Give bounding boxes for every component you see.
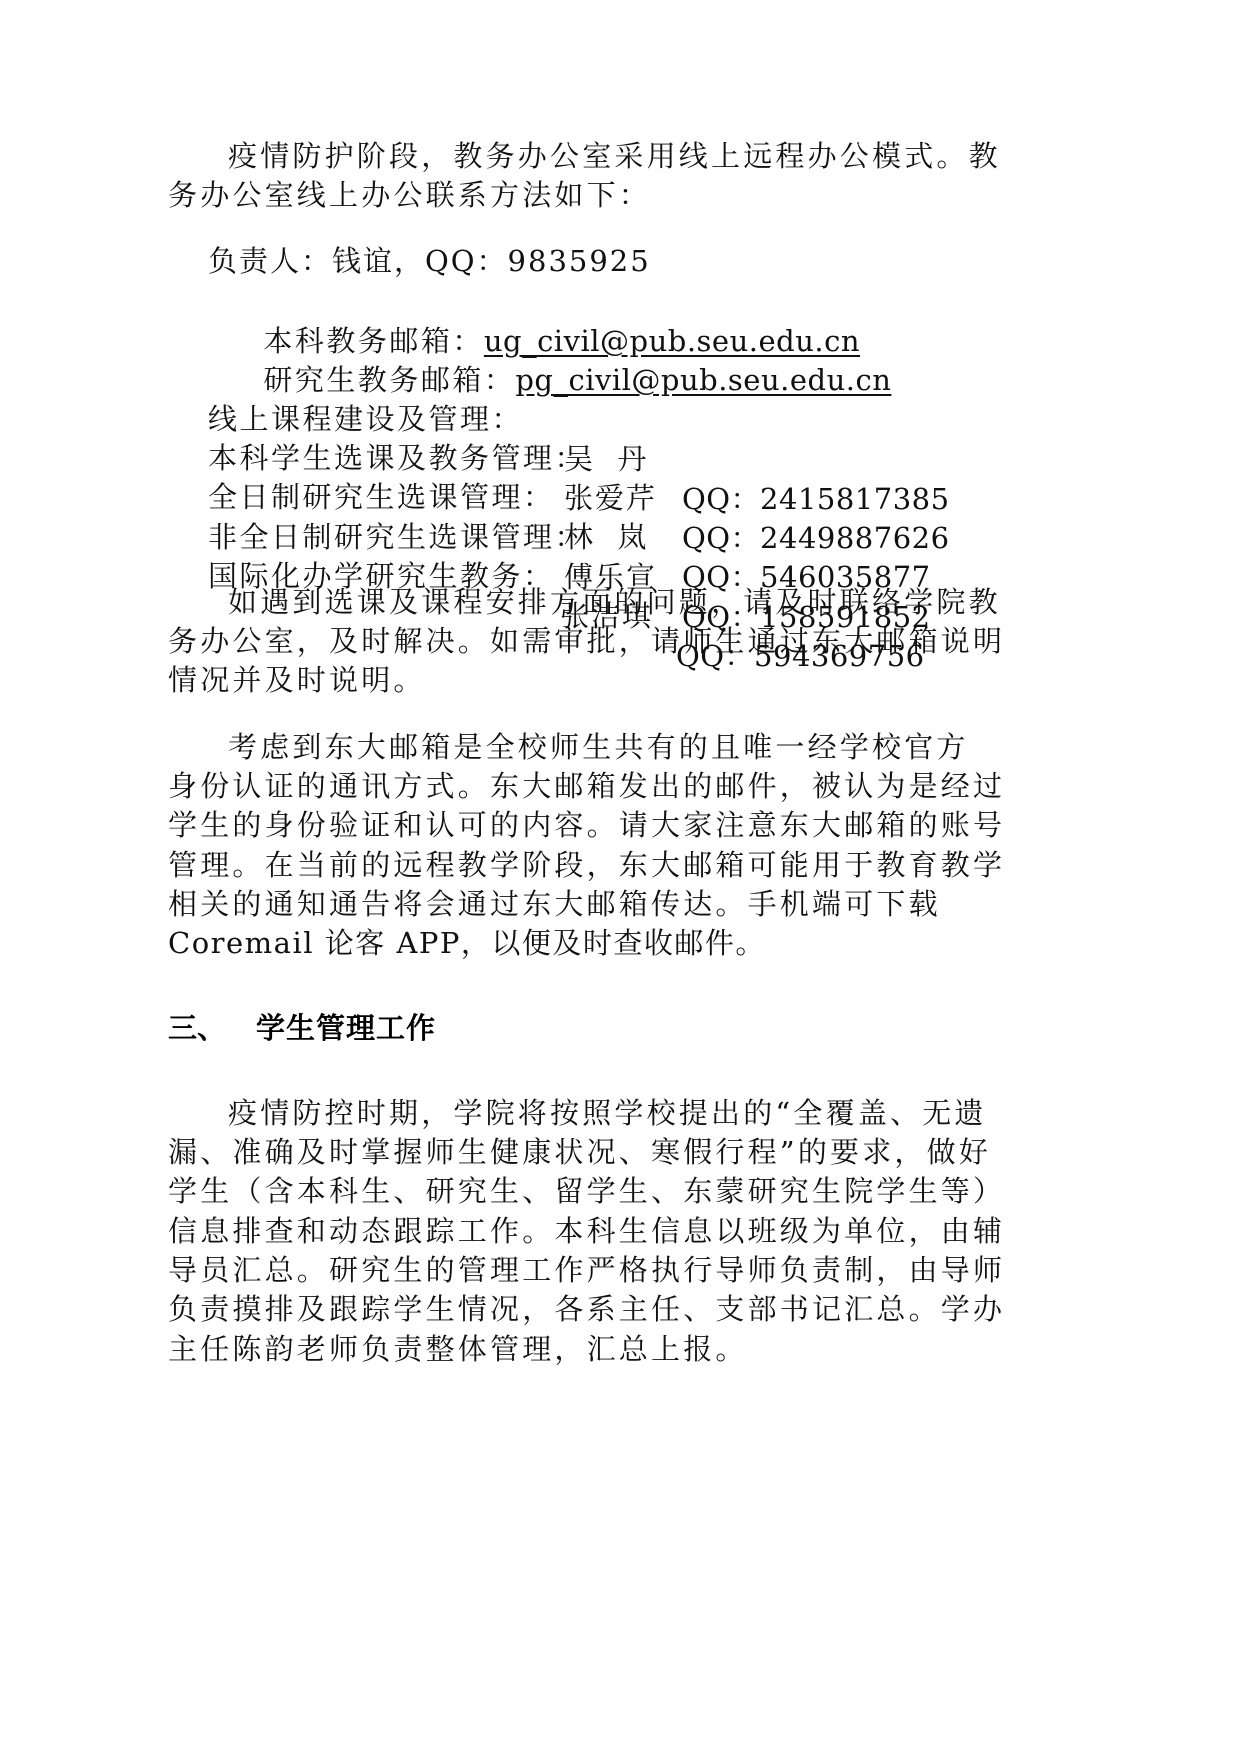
students-line-2: 漏、准确及时掌握师生健康状况、寒假行程”的要求，做好 (168, 1132, 991, 1172)
students-line-1: 疫情防控时期，学院将按照学校提出的“全覆盖、无遗 (228, 1093, 987, 1133)
office-head-contact: 负责人：钱谊，QQ：9835925 (208, 241, 651, 281)
students-line-3: 学生（含本科生、研究生、留学生、东蒙研究生院学生等） (168, 1171, 1005, 1211)
staff-row-international-grad: 国际化办学研究生教务： 张洁琪 QQ：594369756 (208, 516, 908, 556)
intro-line-1: 疫情防护阶段，教务办公室采用线上远程办公模式。教 (228, 136, 1001, 176)
email-line-6: Coremail 论客 APP，以便及时查收邮件。 (168, 923, 766, 963)
students-line-7: 主任陈韵老师负责整体管理，汇总上报。 (168, 1329, 748, 1369)
section-heading-student-management: 三、 学生管理工作 (168, 1008, 668, 1048)
section-number: 三、 (168, 1008, 226, 1048)
course-line-2: 务办公室，及时解决。如需审批，请师生通过东大邮箱说明 (168, 621, 1005, 661)
course-line-1: 如遇到选课及课程安排方面的问题，请及时联络学院教 (228, 582, 1001, 622)
intro-line-2: 务办公室线上办公联系方法如下： (168, 175, 651, 215)
course-line-3: 情况并及时说明。 (168, 660, 426, 700)
section-title: 学生管理工作 (256, 1008, 436, 1048)
staff-row-online-course: 线上课程建设及管理： 吴 丹 QQ：2415817385 (208, 359, 908, 399)
document-page: 疫情防护阶段，教务办公室采用线上远程办公模式。教 务办公室线上办公联系方法如下：… (0, 0, 1239, 1754)
students-line-4: 信息排查和动态跟踪工作。本科生信息以班级为单位，由辅 (168, 1211, 1005, 1251)
email-line-4: 管理。在当前的远程教学阶段，东大邮箱可能用于教育教学 (168, 845, 1005, 885)
students-line-6: 负责摸排及跟踪学生情况，各系主任、支部书记汇总。学办 (168, 1289, 1005, 1329)
staff-row-undergrad-affairs: 本科学生选课及教务管理： 张爱芹 QQ：2449887626 (208, 398, 908, 438)
staff-row-fulltime-grad: 全日制研究生选课管理： 林 岚 QQ：546035877 (208, 437, 908, 477)
students-line-5: 导员汇总。研究生的管理工作严格执行导师负责制，由导师 (168, 1250, 1005, 1290)
email-line-5: 相关的通知通告将会通过东大邮箱传达。手机端可下载 (168, 884, 941, 924)
email-line-3: 学生的身份验证和认可的内容。请大家注意东大邮箱的账号 (168, 805, 1005, 845)
staff-row-parttime-grad: 非全日制研究生选课管理： 傅乐宣 QQ：158591852 (208, 477, 908, 517)
email-line-2: 身份认证的通讯方式。东大邮箱发出的邮件，被认为是经过 (168, 766, 1005, 806)
email-line-1: 考虑到东大邮箱是全校师生共有的且唯一经学校官方 (228, 727, 969, 767)
